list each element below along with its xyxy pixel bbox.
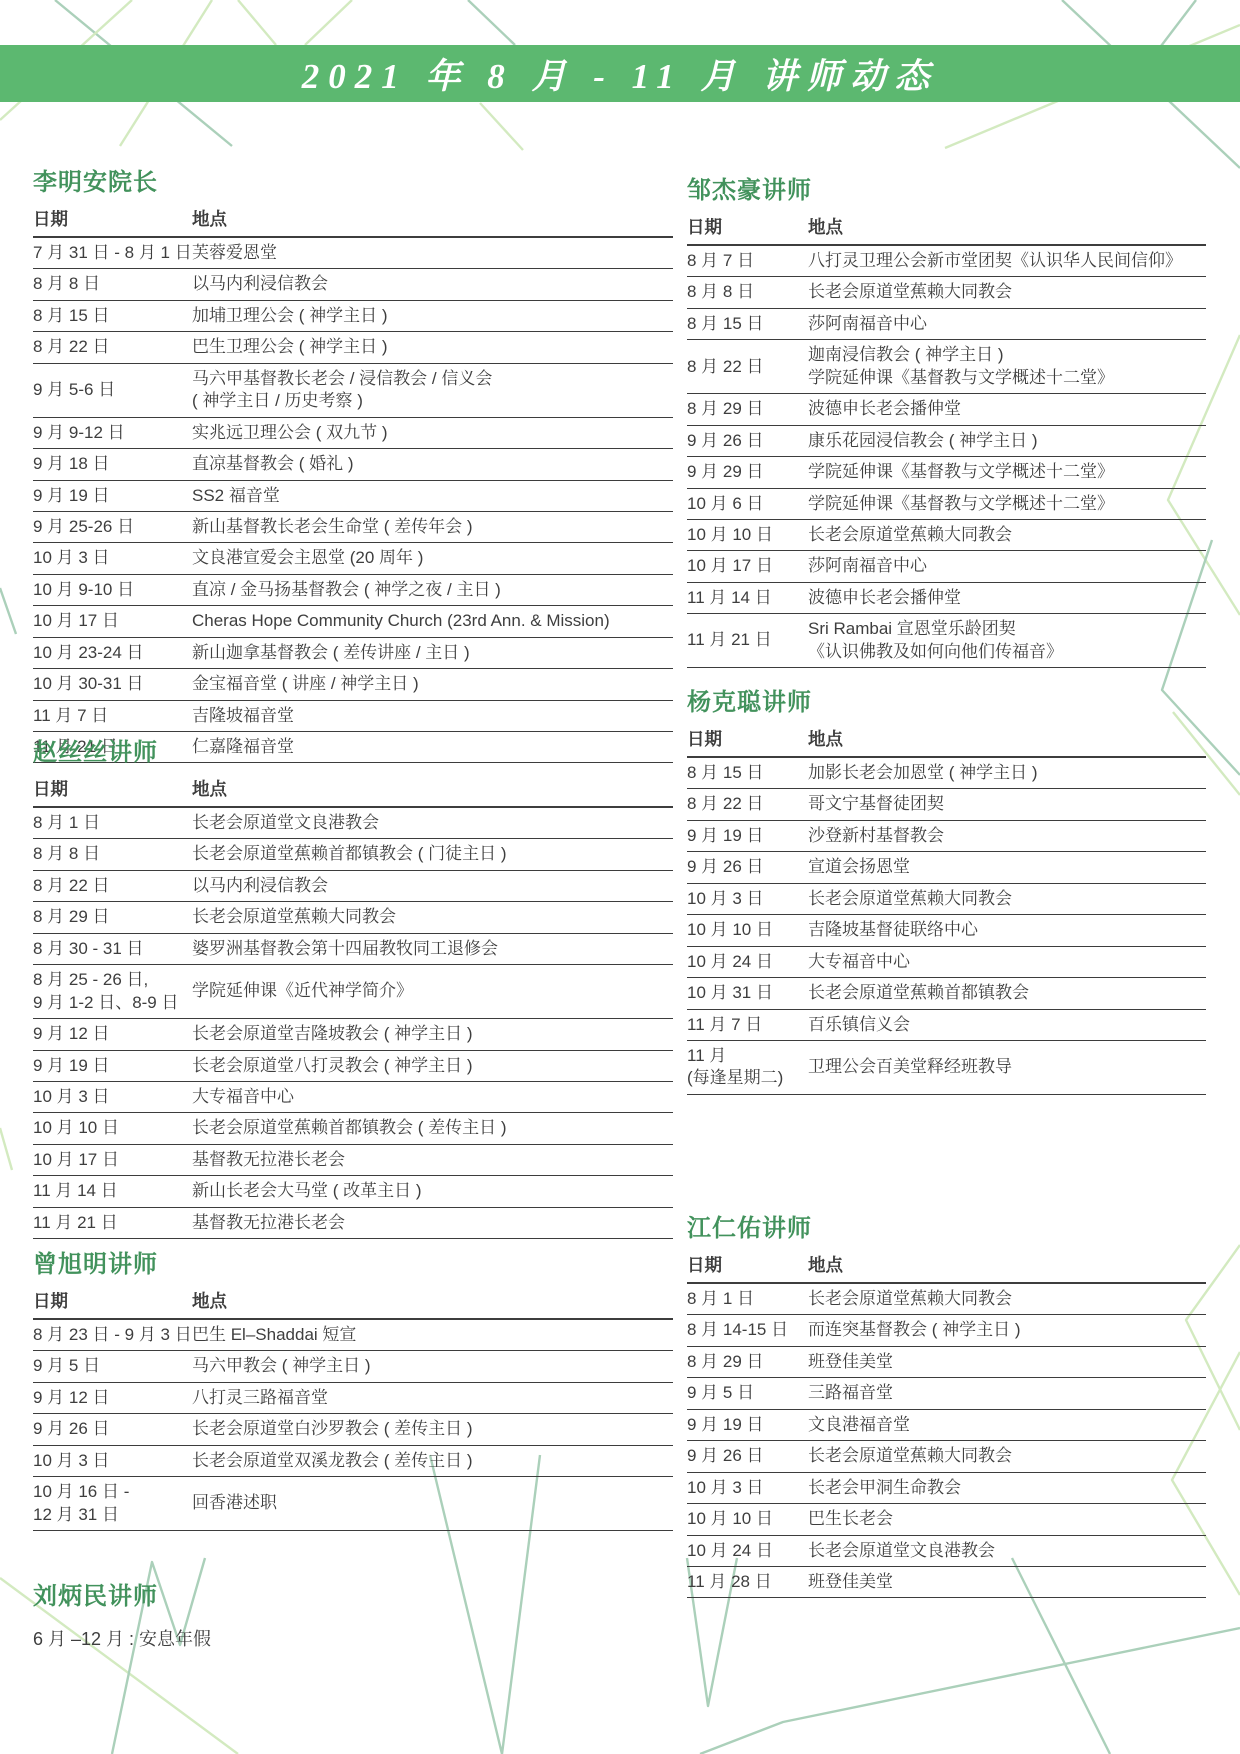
date-cell: 8 月 23 日 - 9 月 3 日 xyxy=(33,1319,192,1351)
location-cell: 长老会原道堂蕉赖大同教会 xyxy=(808,1283,1206,1315)
table-row: 9 月 26 日康乐花园浸信教会 ( 神学主日 ) xyxy=(687,425,1206,456)
date-cell: 10 月 17 日 xyxy=(33,1144,192,1175)
table-row: 10 月 16 日 - 12 月 31 日回香港述职 xyxy=(33,1477,673,1531)
date-cell: 10 月 3 日 xyxy=(33,1081,192,1112)
table-row: 9 月 26 日长老会原道堂蕉赖大同教会 xyxy=(687,1441,1206,1472)
table-row: 9 月 19 日沙登新村基督教会 xyxy=(687,820,1206,851)
sabbatical-note: 6 月 –12 月 : 安息年假 xyxy=(33,1625,673,1651)
date-cell: 8 月 1 日 xyxy=(33,807,192,839)
table-row: 10 月 24 日大专福音中心 xyxy=(687,946,1206,977)
table-row: 9 月 19 日长老会原道堂八打灵教会 ( 神学主日 ) xyxy=(33,1050,673,1081)
location-cell: 百乐镇信义会 xyxy=(808,1009,1206,1040)
date-cell: 8 月 30 - 31 日 xyxy=(33,933,192,964)
table-row: 8 月 25 - 26 日, 9 月 1-2 日、8-9 日学院延伸课《近代神学… xyxy=(33,965,673,1019)
date-header: 日期 xyxy=(33,775,192,807)
schedule-table: 日期 地点 7 月 31 日 - 8 月 1 日芙蓉爱恩堂8 月 8 日以马内利… xyxy=(33,205,673,763)
table-row: 10 月 30-31 日金宝福音堂 ( 讲座 / 神学主日 ) xyxy=(33,669,673,700)
date-cell: 10 月 10 日 xyxy=(687,915,808,946)
table-row: 9 月 5 日三路福音堂 xyxy=(687,1378,1206,1409)
schedule-table: 日期 地点 8 月 1 日长老会原道堂文良港教会8 月 8 日长老会原道堂蕉赖首… xyxy=(33,775,673,1239)
date-header: 日期 xyxy=(687,725,808,757)
date-cell: 9 月 5 日 xyxy=(33,1351,192,1382)
date-cell: 8 月 8 日 xyxy=(33,839,192,870)
table-row: 7 月 31 日 - 8 月 1 日芙蓉爱恩堂 xyxy=(33,237,673,269)
location-header: 地点 xyxy=(192,205,673,237)
table-row: 8 月 22 日以马内利浸信教会 xyxy=(33,870,673,901)
date-cell: 9 月 26 日 xyxy=(687,425,808,456)
section-zou-jie-hao: 邹杰豪讲师 日期 地点 8 月 7 日八打灵卫理公会新市堂团契《认识华人民间信仰… xyxy=(687,170,1206,668)
table-row: 10 月 17 日Cheras Hope Community Church (2… xyxy=(33,606,673,637)
location-cell: 马六甲基督教长老会 / 浸信教会 / 信义会 ( 神学主日 / 历史考察 ) xyxy=(192,363,673,417)
table-row: 11 月 7 日百乐镇信义会 xyxy=(687,1009,1206,1040)
date-cell: 8 月 14-15 日 xyxy=(687,1315,808,1346)
table-row: 8 月 22 日巴生卫理公会 ( 神学主日 ) xyxy=(33,332,673,363)
header-row: 日期 地点 xyxy=(33,205,673,237)
date-cell: 8 月 1 日 xyxy=(687,1283,808,1315)
table-row: 10 月 3 日长老会甲洞生命教会 xyxy=(687,1472,1206,1503)
location-cell: 班登佳美堂 xyxy=(808,1566,1206,1597)
table-row: 10 月 23-24 日新山迦拿基督教会 ( 差传讲座 / 主日 ) xyxy=(33,637,673,668)
section-zhao-si-si: 赵丝丝讲师 日期 地点 8 月 1 日长老会原道堂文良港教会8 月 8 日长老会… xyxy=(33,732,673,1239)
date-cell: 11 月 14 日 xyxy=(33,1176,192,1207)
table-row: 10 月 31 日长老会原道堂蕉赖首都镇教会 xyxy=(687,978,1206,1009)
location-cell: 长老会原道堂文良港教会 xyxy=(192,807,673,839)
location-cell: 以马内利浸信教会 xyxy=(192,870,673,901)
date-header: 日期 xyxy=(687,213,808,245)
section-jiang-ren-you: 江仁佑讲师 日期 地点 8 月 1 日长老会原道堂蕉赖大同教会8 月 14-15… xyxy=(687,1208,1206,1598)
table-row: 8 月 22 日哥文宁基督徒团契 xyxy=(687,789,1206,820)
header-row: 日期 地点 xyxy=(33,775,673,807)
section-title: 曾旭明讲师 xyxy=(33,1244,673,1279)
table-row: 10 月 10 日长老会原道堂蕉赖首都镇教会 ( 差传主日 ) xyxy=(33,1113,673,1144)
date-cell: 10 月 6 日 xyxy=(687,488,808,519)
date-cell: 10 月 10 日 xyxy=(687,519,808,550)
table-row: 9 月 5-6 日马六甲基督教长老会 / 浸信教会 / 信义会 ( 神学主日 /… xyxy=(33,363,673,417)
table-row: 10 月 3 日大专福音中心 xyxy=(33,1081,673,1112)
date-cell: 11 月 14 日 xyxy=(687,582,808,613)
location-cell: 新山长老会大马堂 ( 改革主日 ) xyxy=(192,1176,673,1207)
table-row: 8 月 8 日长老会原道堂蕉赖首都镇教会 ( 门徒主日 ) xyxy=(33,839,673,870)
location-cell: 长老会原道堂白沙罗教会 ( 差传主日 ) xyxy=(192,1414,673,1445)
date-cell: 9 月 19 日 xyxy=(687,1409,808,1440)
location-cell: Sri Rambai 宣恩堂乐龄团契 《认识佛教及如何向他们传福音》 xyxy=(808,614,1206,668)
table-row: 11 月 7 日吉隆坡福音堂 xyxy=(33,700,673,731)
location-cell: 文良港宣爱会主恩堂 (20 周年 ) xyxy=(192,543,673,574)
location-cell: 学院延伸课《近代神学简介》 xyxy=(192,965,673,1019)
table-row: 11 月 21 日基督教无拉港长老会 xyxy=(33,1207,673,1238)
location-cell: SS2 福音堂 xyxy=(192,480,673,511)
location-cell: 新山基督教长老会生命堂 ( 差传年会 ) xyxy=(192,511,673,542)
date-cell: 10 月 24 日 xyxy=(687,946,808,977)
table-row: 11 月 14 日波德申长老会播伸堂 xyxy=(687,582,1206,613)
location-cell: 实兆远卫理公会 ( 双九节 ) xyxy=(192,417,673,448)
date-cell: 9 月 19 日 xyxy=(687,820,808,851)
location-cell: 学院延伸课《基督教与文学概述十二堂》 xyxy=(808,457,1206,488)
date-cell: 11 月 7 日 xyxy=(687,1009,808,1040)
table-row: 8 月 8 日长老会原道堂蕉赖大同教会 xyxy=(687,277,1206,308)
location-cell: 八打灵三路福音堂 xyxy=(192,1382,673,1413)
date-cell: 9 月 26 日 xyxy=(33,1414,192,1445)
date-cell: 10 月 23-24 日 xyxy=(33,637,192,668)
location-cell: 莎阿南福音中心 xyxy=(808,308,1206,339)
table-row: 9 月 12 日长老会原道堂吉隆坡教会 ( 神学主日 ) xyxy=(33,1019,673,1050)
location-cell: 长老会原道堂吉隆坡教会 ( 神学主日 ) xyxy=(192,1019,673,1050)
location-header: 地点 xyxy=(192,775,673,807)
location-cell: 新山迦拿基督教会 ( 差传讲座 / 主日 ) xyxy=(192,637,673,668)
page-title: 2021 年 8 月 - 11 月 讲师动态 xyxy=(302,49,938,99)
date-header: 日期 xyxy=(687,1251,808,1283)
location-cell: Cheras Hope Community Church (23rd Ann. … xyxy=(192,606,673,637)
location-cell: 莎阿南福音中心 xyxy=(808,551,1206,582)
table-row: 10 月 10 日吉隆坡基督徒联络中心 xyxy=(687,915,1206,946)
location-cell: 学院延伸课《基督教与文学概述十二堂》 xyxy=(808,488,1206,519)
date-cell: 9 月 29 日 xyxy=(687,457,808,488)
header-row: 日期 地点 xyxy=(687,213,1206,245)
table-row: 11 月 (每逢星期二)卫理公会百美堂释经班教导 xyxy=(687,1040,1206,1094)
location-cell: 长老会原道堂蕉赖大同教会 xyxy=(808,883,1206,914)
location-cell: 长老会原道堂双溪龙教会 ( 差传主日 ) xyxy=(192,1445,673,1476)
date-cell: 9 月 12 日 xyxy=(33,1382,192,1413)
location-cell: 长老会原道堂八打灵教会 ( 神学主日 ) xyxy=(192,1050,673,1081)
location-header: 地点 xyxy=(192,1287,673,1319)
table-row: 9 月 19 日SS2 福音堂 xyxy=(33,480,673,511)
date-cell: 9 月 18 日 xyxy=(33,449,192,480)
date-cell: 10 月 9-10 日 xyxy=(33,574,192,605)
table-row: 10 月 10 日长老会原道堂蕉赖大同教会 xyxy=(687,519,1206,550)
date-cell: 8 月 22 日 xyxy=(33,870,192,901)
date-cell: 8 月 15 日 xyxy=(687,757,808,789)
header-row: 日期 地点 xyxy=(33,1287,673,1319)
location-cell: 基督教无拉港长老会 xyxy=(192,1207,673,1238)
header-row: 日期 地点 xyxy=(687,725,1206,757)
schedule-table: 日期 地点 8 月 1 日长老会原道堂蕉赖大同教会8 月 14-15 日而连突基… xyxy=(687,1251,1206,1598)
table-row: 9 月 18 日直凉基督教会 ( 婚礼 ) xyxy=(33,449,673,480)
location-cell: 婆罗洲基督教会第十四届教牧同工退修会 xyxy=(192,933,673,964)
table-row: 8 月 1 日长老会原道堂蕉赖大同教会 xyxy=(687,1283,1206,1315)
date-cell: 10 月 17 日 xyxy=(33,606,192,637)
location-cell: 大专福音中心 xyxy=(808,946,1206,977)
date-cell: 10 月 17 日 xyxy=(687,551,808,582)
location-cell: 波德申长老会播伸堂 xyxy=(808,582,1206,613)
date-cell: 8 月 25 - 26 日, 9 月 1-2 日、8-9 日 xyxy=(33,965,192,1019)
date-cell: 10 月 16 日 - 12 月 31 日 xyxy=(33,1477,192,1531)
date-cell: 8 月 15 日 xyxy=(33,300,192,331)
page: { "banner": { "title": "2021 年 8 月 - 11 … xyxy=(0,0,1240,1754)
date-cell: 8 月 8 日 xyxy=(687,277,808,308)
date-cell: 8 月 22 日 xyxy=(687,340,808,394)
section-title: 邹杰豪讲师 xyxy=(687,170,1206,205)
date-cell: 8 月 7 日 xyxy=(687,245,808,277)
section-title: 刘炳民讲师 xyxy=(33,1576,673,1611)
table-row: 9 月 26 日长老会原道堂白沙罗教会 ( 差传主日 ) xyxy=(33,1414,673,1445)
location-cell: 迦南浸信教会 ( 神学主日 ) 学院延伸课《基督教与文学概述十二堂》 xyxy=(808,340,1206,394)
schedule-table: 日期 地点 8 月 7 日八打灵卫理公会新市堂团契《认识华人民间信仰》8 月 8… xyxy=(687,213,1206,668)
table-row: 8 月 29 日波德申长老会播伸堂 xyxy=(687,394,1206,425)
date-cell: 11 月 21 日 xyxy=(687,614,808,668)
table-row: 9 月 29 日学院延伸课《基督教与文学概述十二堂》 xyxy=(687,457,1206,488)
section-li-ming-an: 李明安院长 日期 地点 7 月 31 日 - 8 月 1 日芙蓉爱恩堂8 月 8… xyxy=(33,162,673,763)
location-header: 地点 xyxy=(808,725,1206,757)
date-cell: 9 月 25-26 日 xyxy=(33,511,192,542)
table-row: 8 月 7 日八打灵卫理公会新市堂团契《认识华人民间信仰》 xyxy=(687,245,1206,277)
date-cell: 11 月 28 日 xyxy=(687,1566,808,1597)
location-cell: 八打灵卫理公会新市堂团契《认识华人民间信仰》 xyxy=(808,245,1206,277)
section-title: 赵丝丝讲师 xyxy=(33,732,673,767)
table-row: 10 月 24 日长老会原道堂文良港教会 xyxy=(687,1535,1206,1566)
date-cell: 10 月 10 日 xyxy=(33,1113,192,1144)
date-cell: 7 月 31 日 - 8 月 1 日 xyxy=(33,237,192,269)
location-cell: 班登佳美堂 xyxy=(808,1346,1206,1377)
schedule-table: 日期 地点 8 月 23 日 - 9 月 3 日巴生 El–Shaddai 短宣… xyxy=(33,1287,673,1531)
table-row: 9 月 25-26 日新山基督教长老会生命堂 ( 差传年会 ) xyxy=(33,511,673,542)
table-row: 10 月 10 日巴生长老会 xyxy=(687,1504,1206,1535)
date-cell: 11 月 21 日 xyxy=(33,1207,192,1238)
location-cell: 回香港述职 xyxy=(192,1477,673,1531)
table-row: 10 月 3 日文良港宣爱会主恩堂 (20 周年 ) xyxy=(33,543,673,574)
table-row: 10 月 17 日莎阿南福音中心 xyxy=(687,551,1206,582)
table-row: 8 月 29 日班登佳美堂 xyxy=(687,1346,1206,1377)
location-cell: 金宝福音堂 ( 讲座 / 神学主日 ) xyxy=(192,669,673,700)
table-row: 10 月 6 日学院延伸课《基督教与文学概述十二堂》 xyxy=(687,488,1206,519)
location-cell: 沙登新村基督教会 xyxy=(808,820,1206,851)
location-header: 地点 xyxy=(808,213,1206,245)
table-row: 9 月 9-12 日实兆远卫理公会 ( 双九节 ) xyxy=(33,417,673,448)
location-cell: 长老会原道堂蕉赖首都镇教会 ( 门徒主日 ) xyxy=(192,839,673,870)
location-cell: 加埔卫理公会 ( 神学主日 ) xyxy=(192,300,673,331)
location-cell: 加影长老会加恩堂 ( 神学主日 ) xyxy=(808,757,1206,789)
table-row: 10 月 3 日长老会原道堂双溪龙教会 ( 差传主日 ) xyxy=(33,1445,673,1476)
date-cell: 10 月 3 日 xyxy=(687,883,808,914)
date-header: 日期 xyxy=(33,205,192,237)
date-cell: 10 月 24 日 xyxy=(687,1535,808,1566)
location-cell: 吉隆坡福音堂 xyxy=(192,700,673,731)
location-cell: 基督教无拉港长老会 xyxy=(192,1144,673,1175)
location-cell: 长老会原道堂蕉赖首都镇教会 xyxy=(808,978,1206,1009)
date-cell: 10 月 10 日 xyxy=(687,1504,808,1535)
table-row: 9 月 26 日宣道会扬恩堂 xyxy=(687,852,1206,883)
location-cell: 马六甲教会 ( 神学主日 ) xyxy=(192,1351,673,1382)
location-cell: 长老会原道堂蕉赖首都镇教会 ( 差传主日 ) xyxy=(192,1113,673,1144)
location-cell: 长老会原道堂蕉赖大同教会 xyxy=(808,519,1206,550)
table-row: 8 月 15 日加影长老会加恩堂 ( 神学主日 ) xyxy=(687,757,1206,789)
section-title: 李明安院长 xyxy=(33,162,673,197)
table-row: 8 月 14-15 日而连突基督教会 ( 神学主日 ) xyxy=(687,1315,1206,1346)
date-cell: 9 月 19 日 xyxy=(33,1050,192,1081)
location-cell: 康乐花园浸信教会 ( 神学主日 ) xyxy=(808,425,1206,456)
date-cell: 9 月 19 日 xyxy=(33,480,192,511)
location-cell: 长老会甲洞生命教会 xyxy=(808,1472,1206,1503)
date-cell: 9 月 9-12 日 xyxy=(33,417,192,448)
location-header: 地点 xyxy=(808,1251,1206,1283)
date-cell: 11 月 7 日 xyxy=(33,700,192,731)
section-yang-ke-cong: 杨克聪讲师 日期 地点 8 月 15 日加影长老会加恩堂 ( 神学主日 )8 月… xyxy=(687,682,1206,1095)
table-row: 8 月 23 日 - 9 月 3 日巴生 El–Shaddai 短宣 xyxy=(33,1319,673,1351)
table-row: 8 月 29 日长老会原道堂蕉赖大同教会 xyxy=(33,902,673,933)
location-cell: 芙蓉爱恩堂 xyxy=(192,237,673,269)
section-title: 江仁佑讲师 xyxy=(687,1208,1206,1243)
date-cell: 9 月 5-6 日 xyxy=(33,363,192,417)
date-cell: 8 月 22 日 xyxy=(33,332,192,363)
table-row: 10 月 3 日长老会原道堂蕉赖大同教会 xyxy=(687,883,1206,914)
table-row: 10 月 9-10 日直凉 / 金马扬基督教会 ( 神学之夜 / 主日 ) xyxy=(33,574,673,605)
location-cell: 巴生卫理公会 ( 神学主日 ) xyxy=(192,332,673,363)
section-zeng-xu-ming: 曾旭明讲师 日期 地点 8 月 23 日 - 9 月 3 日巴生 El–Shad… xyxy=(33,1244,673,1531)
date-cell: 8 月 22 日 xyxy=(687,789,808,820)
date-cell: 10 月 3 日 xyxy=(33,543,192,574)
table-row: 10 月 17 日基督教无拉港长老会 xyxy=(33,1144,673,1175)
header-row: 日期 地点 xyxy=(687,1251,1206,1283)
date-cell: 10 月 3 日 xyxy=(33,1445,192,1476)
location-cell: 哥文宁基督徒团契 xyxy=(808,789,1206,820)
table-row: 8 月 1 日长老会原道堂文良港教会 xyxy=(33,807,673,839)
location-cell: 波德申长老会播伸堂 xyxy=(808,394,1206,425)
location-cell: 直凉基督教会 ( 婚礼 ) xyxy=(192,449,673,480)
date-cell: 10 月 31 日 xyxy=(687,978,808,1009)
date-cell: 8 月 8 日 xyxy=(33,269,192,300)
location-cell: 以马内利浸信教会 xyxy=(192,269,673,300)
location-cell: 大专福音中心 xyxy=(192,1081,673,1112)
date-cell: 9 月 26 日 xyxy=(687,852,808,883)
table-row: 9 月 19 日文良港福音堂 xyxy=(687,1409,1206,1440)
table-row: 11 月 14 日新山长老会大马堂 ( 改革主日 ) xyxy=(33,1176,673,1207)
table-row: 8 月 30 - 31 日婆罗洲基督教会第十四届教牧同工退修会 xyxy=(33,933,673,964)
location-cell: 直凉 / 金马扬基督教会 ( 神学之夜 / 主日 ) xyxy=(192,574,673,605)
date-cell: 10 月 30-31 日 xyxy=(33,669,192,700)
location-cell: 长老会原道堂文良港教会 xyxy=(808,1535,1206,1566)
location-cell: 文良港福音堂 xyxy=(808,1409,1206,1440)
location-cell: 卫理公会百美堂释经班教导 xyxy=(808,1040,1206,1094)
location-cell: 而连突基督教会 ( 神学主日 ) xyxy=(808,1315,1206,1346)
table-row: 8 月 15 日加埔卫理公会 ( 神学主日 ) xyxy=(33,300,673,331)
section-liu-bing-min: 刘炳民讲师 6 月 –12 月 : 安息年假 xyxy=(33,1576,673,1651)
table-row: 8 月 22 日迦南浸信教会 ( 神学主日 ) 学院延伸课《基督教与文学概述十二… xyxy=(687,340,1206,394)
date-cell: 10 月 3 日 xyxy=(687,1472,808,1503)
location-cell: 巴生长老会 xyxy=(808,1504,1206,1535)
date-cell: 8 月 29 日 xyxy=(687,1346,808,1377)
table-row: 11 月 28 日班登佳美堂 xyxy=(687,1566,1206,1597)
date-cell: 11 月 (每逢星期二) xyxy=(687,1040,808,1094)
date-cell: 9 月 12 日 xyxy=(33,1019,192,1050)
location-cell: 吉隆坡基督徒联络中心 xyxy=(808,915,1206,946)
date-header: 日期 xyxy=(33,1287,192,1319)
date-cell: 9 月 5 日 xyxy=(687,1378,808,1409)
table-row: 8 月 15 日莎阿南福音中心 xyxy=(687,308,1206,339)
date-cell: 8 月 29 日 xyxy=(33,902,192,933)
date-cell: 8 月 15 日 xyxy=(687,308,808,339)
date-cell: 9 月 26 日 xyxy=(687,1441,808,1472)
location-cell: 长老会原道堂蕉赖大同教会 xyxy=(808,277,1206,308)
location-cell: 巴生 El–Shaddai 短宣 xyxy=(192,1319,673,1351)
location-cell: 长老会原道堂蕉赖大同教会 xyxy=(192,902,673,933)
schedule-table: 日期 地点 8 月 15 日加影长老会加恩堂 ( 神学主日 )8 月 22 日哥… xyxy=(687,725,1206,1095)
table-row: 9 月 5 日马六甲教会 ( 神学主日 ) xyxy=(33,1351,673,1382)
table-row: 9 月 12 日八打灵三路福音堂 xyxy=(33,1382,673,1413)
location-cell: 三路福音堂 xyxy=(808,1378,1206,1409)
location-cell: 长老会原道堂蕉赖大同教会 xyxy=(808,1441,1206,1472)
page-banner: 2021 年 8 月 - 11 月 讲师动态 xyxy=(0,45,1240,102)
date-cell: 8 月 29 日 xyxy=(687,394,808,425)
section-title: 杨克聪讲师 xyxy=(687,682,1206,717)
table-row: 11 月 21 日Sri Rambai 宣恩堂乐龄团契 《认识佛教及如何向他们传… xyxy=(687,614,1206,668)
table-row: 8 月 8 日以马内利浸信教会 xyxy=(33,269,673,300)
location-cell: 宣道会扬恩堂 xyxy=(808,852,1206,883)
